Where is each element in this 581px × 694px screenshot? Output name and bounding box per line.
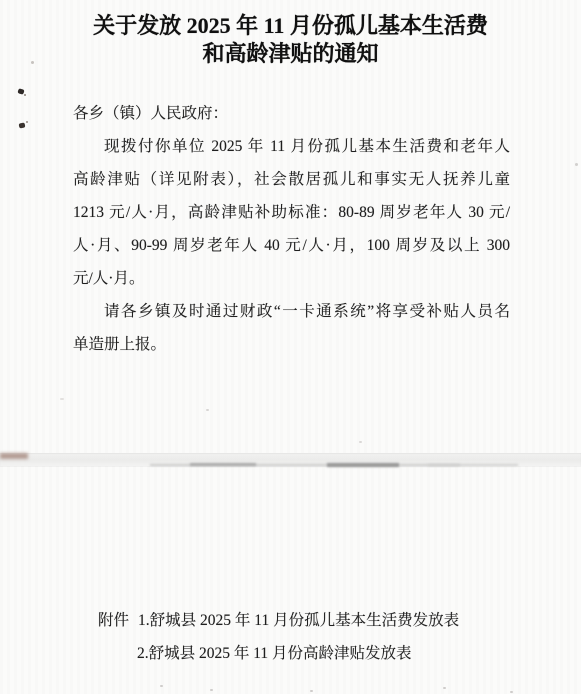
attachment-row-1: 附件1.舒城县 2025 年 11 月份孤儿基本生活费发放表 bbox=[98, 604, 459, 637]
attachment-row-2: 2.舒城县 2025 年 11 月份高龄津贴发放表 bbox=[98, 637, 459, 670]
scan-smudge bbox=[150, 464, 460, 466]
scan-speck bbox=[310, 690, 313, 692]
title-line-1: 关于发放 2025 年 11 月份孤儿基本生活费 bbox=[0, 12, 581, 40]
body-line-5: 元/人·月。 bbox=[73, 262, 510, 295]
body-line-6: 请各乡镇及时通过财政“一卡通系统”将享受补贴人员名 bbox=[73, 295, 510, 328]
scan-speck bbox=[26, 121, 28, 123]
scan-speck bbox=[24, 94, 26, 96]
scan-smudge bbox=[327, 463, 399, 467]
scan-smudge bbox=[428, 464, 518, 466]
attachment-item-2: 2.舒城县 2025 年 11 月份高龄津贴发放表 bbox=[137, 645, 412, 662]
scan-speck bbox=[19, 122, 26, 128]
scan-smudge bbox=[190, 463, 256, 466]
notice-title: 关于发放 2025 年 11 月份孤儿基本生活费 和高龄津贴的通知 bbox=[0, 12, 581, 68]
salutation-line: 各乡（镇）人民政府： bbox=[73, 97, 510, 130]
scan-speck bbox=[443, 687, 446, 689]
attachment-item-1: 1.舒城县 2025 年 11 月份孤儿基本生活费发放表 bbox=[138, 612, 459, 629]
scan-page-seam bbox=[0, 453, 581, 466]
scan-speck bbox=[210, 689, 213, 691]
scan-speck bbox=[575, 163, 578, 166]
scan-speck bbox=[160, 685, 163, 687]
scan-speck bbox=[206, 409, 209, 411]
body-line-3: 1213 元/人·月，高龄津贴补助标准：80-89 周岁老年人 30 元/ bbox=[73, 196, 510, 229]
title-line-2: 和高龄津贴的通知 bbox=[0, 40, 581, 68]
notice-body: 各乡（镇）人民政府： 现拨付你单位 2025 年 11 月份孤儿基本生活费和老年… bbox=[73, 97, 510, 361]
scan-speck bbox=[60, 398, 64, 400]
scan-smudge bbox=[0, 453, 28, 459]
scan-speck bbox=[359, 441, 362, 443]
scanned-notice-document: 关于发放 2025 年 11 月份孤儿基本生活费 和高龄津贴的通知 各乡（镇）人… bbox=[0, 0, 581, 694]
attachments-label: 附件 bbox=[98, 612, 129, 629]
attachments-block: 附件1.舒城县 2025 年 11 月份孤儿基本生活费发放表 2.舒城县 202… bbox=[98, 604, 459, 670]
body-line-7: 单造册上报。 bbox=[73, 328, 510, 361]
scan-speck bbox=[510, 691, 513, 693]
body-line-1: 现拨付你单位 2025 年 11 月份孤儿基本生活费和老年人 bbox=[73, 130, 510, 163]
body-line-2: 高龄津贴（详见附表），社会散居孤儿和事实无人抚养儿童 bbox=[73, 163, 510, 196]
scan-speck bbox=[17, 88, 24, 95]
body-line-4: 人·月、90-99 周岁老年人 40 元/人·月，100 周岁及以上 300 bbox=[73, 229, 510, 262]
